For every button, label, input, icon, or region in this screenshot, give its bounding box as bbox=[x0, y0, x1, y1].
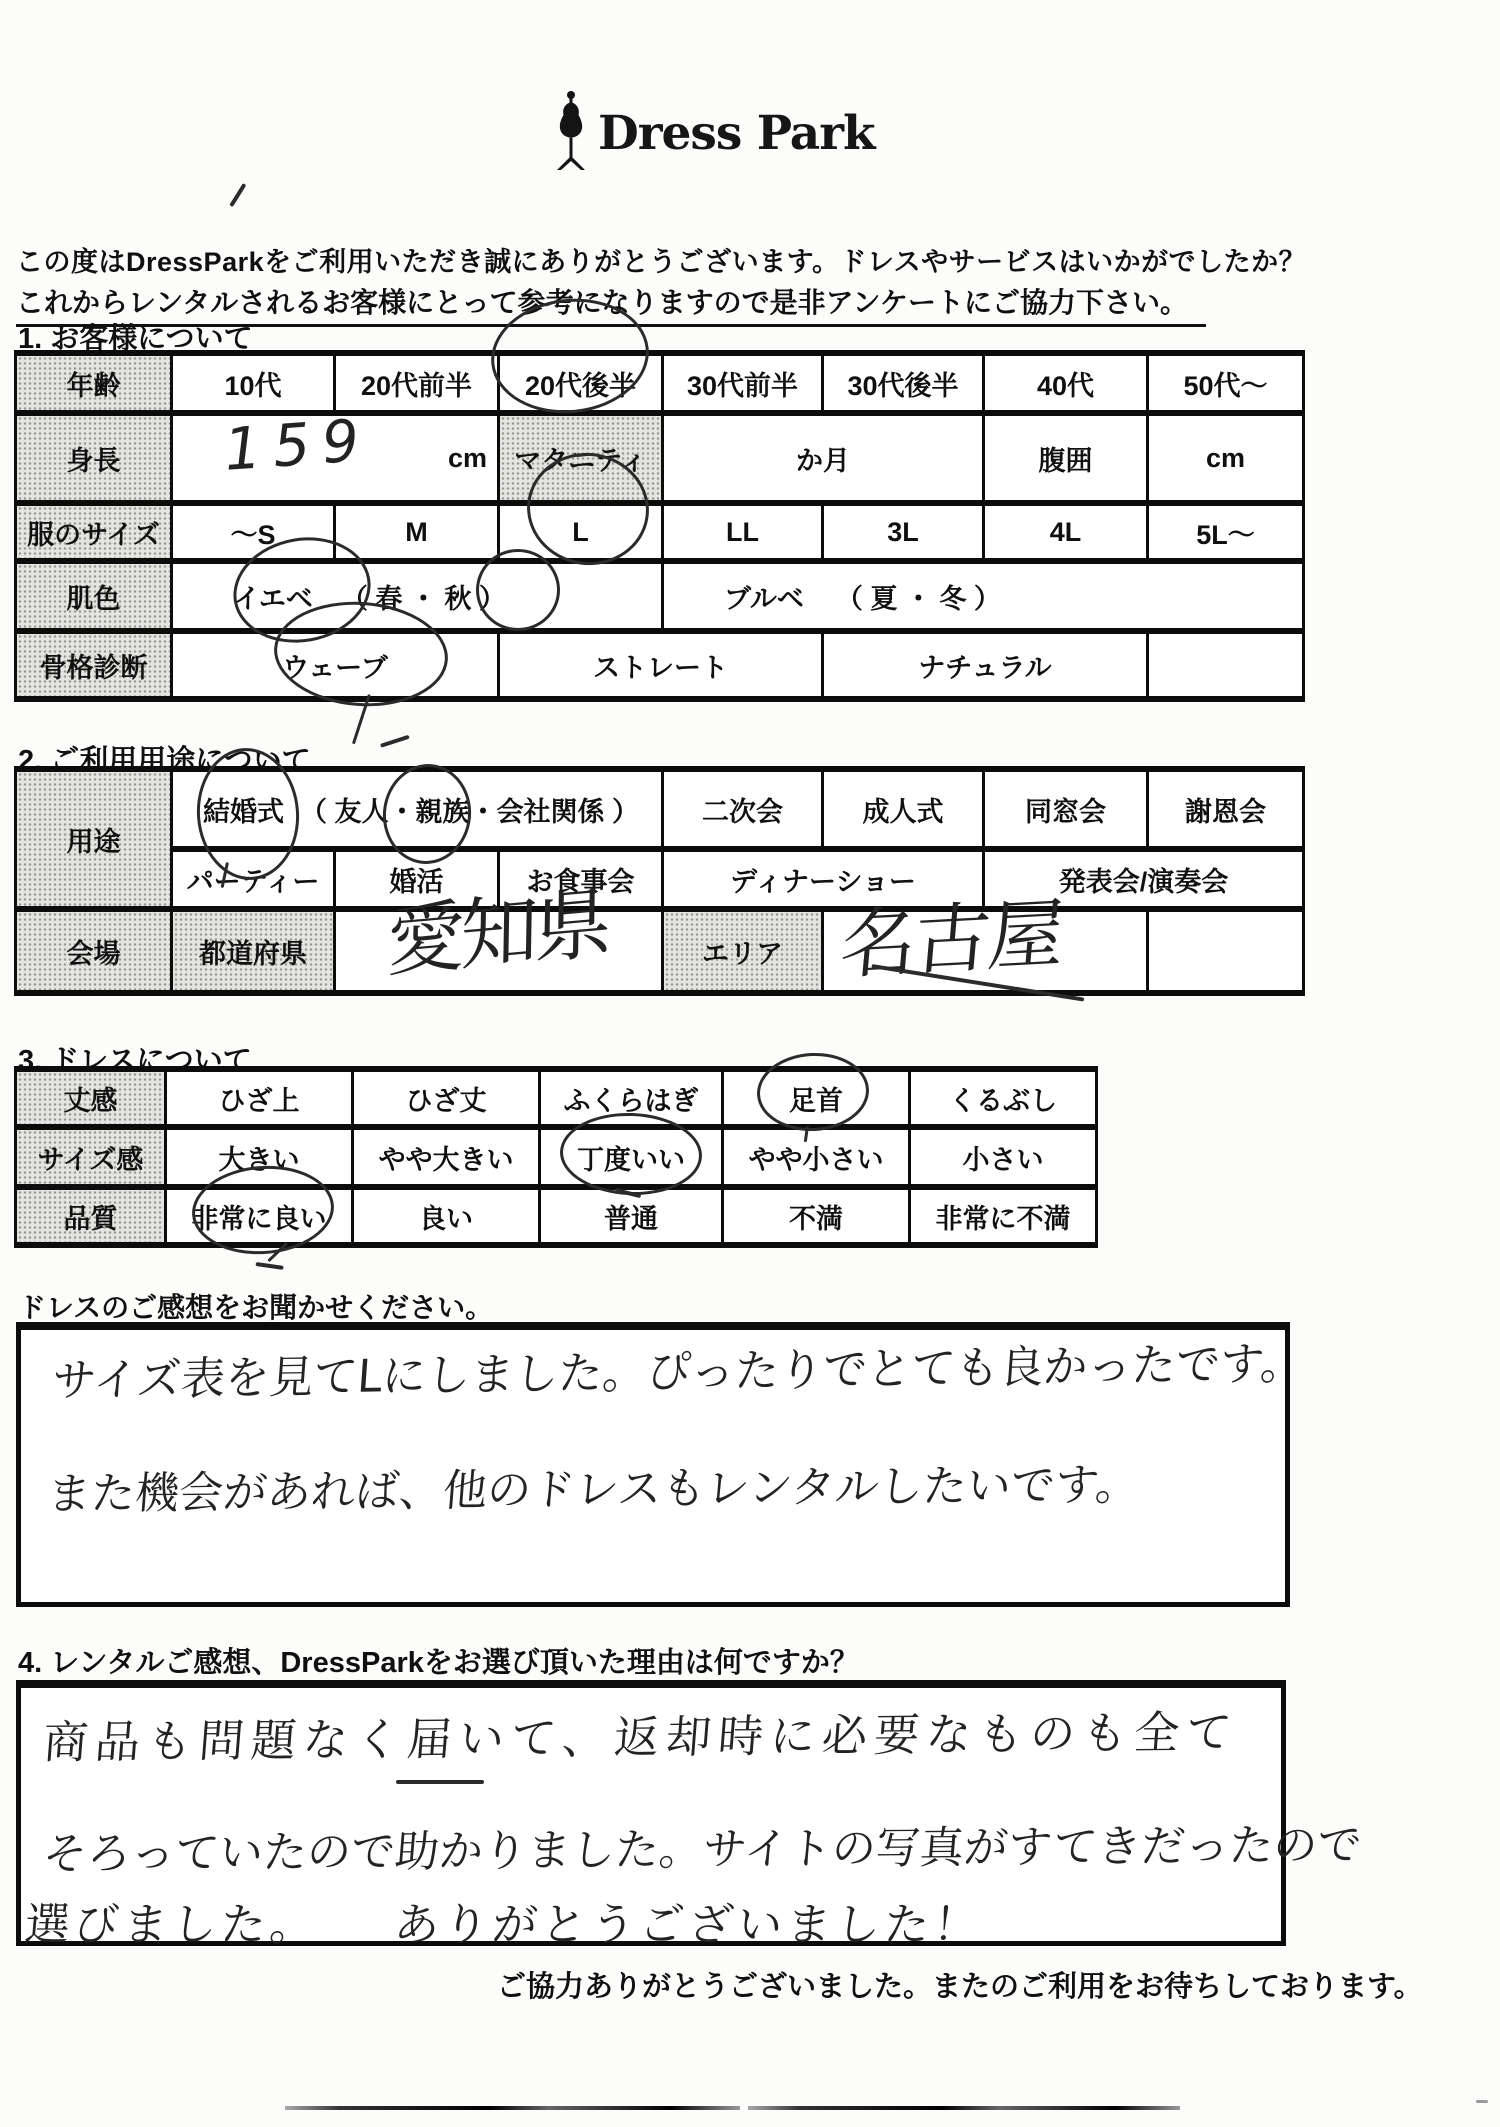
skin-blue-cell: ブルベ （ 夏 ・ 冬 ） bbox=[663, 561, 1304, 631]
customer-table: 年齢 10代 20代前半 20代後半 30代前半 30代後半 40代 50代～ … bbox=[14, 350, 1305, 702]
dress-table: 丈感 ひざ上 ひざ丈 ふくらはぎ 足首 くるぶし サイズ感 大きい やや大きい … bbox=[14, 1066, 1098, 1248]
size-label: 服のサイズ bbox=[16, 503, 172, 561]
quality-option: 非常に不満 bbox=[910, 1187, 1097, 1245]
fit-row: サイズ感 大きい やや大きい 丁度いい やや小さい 小さい bbox=[16, 1127, 1097, 1187]
height-unit: cm bbox=[448, 416, 487, 500]
fit-option: やや小さい bbox=[723, 1127, 910, 1187]
scan-artifact-dot bbox=[1476, 2100, 1488, 2103]
purpose-option: 二次会 bbox=[663, 769, 823, 849]
fit-label: サイズ感 bbox=[16, 1127, 166, 1187]
quality-label: 品質 bbox=[16, 1187, 166, 1245]
area-label: エリア bbox=[663, 909, 823, 993]
brand-logo: Dress Park bbox=[550, 90, 875, 177]
footer-thanks: ご協力ありがとうございました。またのご利用をお待ちしております。 bbox=[497, 1964, 1423, 2005]
prefecture-handwritten-value: 愛知県 bbox=[386, 861, 609, 993]
dress-feedback-label: ドレスのご感想をお聞かせください。 bbox=[18, 1286, 493, 1326]
height-handwritten-value: 159 bbox=[222, 406, 373, 484]
fit-option: 小さい bbox=[910, 1127, 1097, 1187]
quality-option: 良い bbox=[353, 1187, 540, 1245]
skin-row: 肌色 イエベ （ 春 ・ 秋 ） ブルベ （ 夏 ・ 冬 ） bbox=[16, 561, 1304, 631]
months-label: か月 bbox=[663, 413, 984, 503]
reason-line3: 選びました。 ありがとうございました！ bbox=[22, 1888, 985, 1953]
skin-label: 肌色 bbox=[16, 561, 172, 631]
age-option: 30代後半 bbox=[823, 353, 984, 413]
waist-label: 腹囲 bbox=[984, 413, 1148, 503]
dress-feedback-line2: また機会があれば、他のドレスもレンタルしたいです。 bbox=[45, 1448, 1142, 1522]
age-option: 30代前半 bbox=[663, 353, 823, 413]
pen-stroke bbox=[380, 735, 410, 748]
survey-scan-page: Dress Park この度はDressParkをご利用いただき誠にありがとうご… bbox=[0, 0, 1500, 2127]
brand-name: Dress Park bbox=[598, 106, 875, 161]
venue-row: 会場 都道府県 エリア bbox=[16, 909, 1304, 993]
waist-unit: cm bbox=[1148, 413, 1304, 503]
size-option: 3L bbox=[823, 503, 984, 561]
reason-line2: そろっていたので助かりました。サイトの写真がすてきだったので bbox=[41, 1809, 1364, 1882]
length-option: ひざ丈 bbox=[353, 1069, 540, 1127]
circle-annotation-autumn bbox=[476, 549, 560, 631]
reason-line1: 商品も問題なく届いて、返却時に必要なものも全て bbox=[41, 1696, 1241, 1771]
size-option: 5L～ bbox=[1148, 503, 1304, 561]
length-label: 丈感 bbox=[16, 1069, 166, 1127]
quality-option: 不満 bbox=[723, 1187, 910, 1245]
length-option: くるぶし bbox=[910, 1069, 1097, 1127]
dress-form-icon bbox=[550, 90, 592, 177]
pen-mark bbox=[229, 183, 246, 207]
frame-row: 骨格診断 ウェーブ ストレート ナチュラル bbox=[16, 631, 1304, 699]
purpose-label: 用途 bbox=[16, 769, 172, 909]
length-option: ひざ上 bbox=[166, 1069, 353, 1127]
age-label: 年齢 bbox=[16, 353, 172, 413]
age-option: 50代～ bbox=[1148, 353, 1304, 413]
empty-cell bbox=[1148, 631, 1304, 699]
scan-artifact-line bbox=[285, 2106, 740, 2110]
quality-row: 品質 非常に良い 良い 普通 不満 非常に不満 bbox=[16, 1187, 1097, 1245]
section4-title: 4. レンタルご感想、DressParkをお選び頂いた理由は何ですか？ bbox=[18, 1640, 859, 1681]
size-row: 服のサイズ ～S M L LL 3L 4L 5L～ bbox=[16, 503, 1304, 561]
age-option: 10代 bbox=[172, 353, 335, 413]
height-label: 身長 bbox=[16, 413, 172, 503]
scan-artifact-line bbox=[748, 2106, 1180, 2110]
skin-blue-seasons: （ 夏 ・ 冬 ） bbox=[836, 577, 1001, 616]
area-handwritten-value: 名古屋 bbox=[836, 872, 1067, 993]
pen-stroke bbox=[255, 1262, 283, 1270]
height-row: 身長 cm マタニティ か月 腹囲 cm bbox=[16, 413, 1304, 503]
age-row: 年齢 10代 20代前半 20代後半 30代前半 30代後半 40代 50代～ bbox=[16, 353, 1304, 413]
fit-option: やや大きい bbox=[353, 1127, 540, 1187]
prefecture-label: 都道府県 bbox=[172, 909, 335, 993]
purpose-option: 成人式 bbox=[823, 769, 984, 849]
frame-option: ナチュラル bbox=[823, 631, 1148, 699]
size-option: LL bbox=[663, 503, 823, 561]
purpose-option: 謝恩会 bbox=[1148, 769, 1304, 849]
frame-option: ストレート bbox=[499, 631, 823, 699]
purpose-row2: パーティー 婚活 お食事会 ディナーショー 発表会/演奏会 bbox=[16, 849, 1304, 909]
empty-cell bbox=[1148, 909, 1304, 993]
size-option: M bbox=[335, 503, 499, 561]
age-option: 40代 bbox=[984, 353, 1148, 413]
frame-label: 骨格診断 bbox=[16, 631, 172, 699]
skin-blue: ブルベ bbox=[724, 577, 804, 616]
pen-underline bbox=[396, 1780, 484, 1784]
length-row: 丈感 ひざ上 ひざ丈 ふくらはぎ 足首 くるぶし bbox=[16, 1069, 1097, 1127]
venue-label: 会場 bbox=[16, 909, 172, 993]
age-option: 20代前半 bbox=[335, 353, 499, 413]
purpose-option: 同窓会 bbox=[984, 769, 1148, 849]
size-option: 4L bbox=[984, 503, 1148, 561]
intro-line1: この度はDressParkをご利用いただき誠にありがとうございます。ドレスやサー… bbox=[16, 240, 1306, 279]
